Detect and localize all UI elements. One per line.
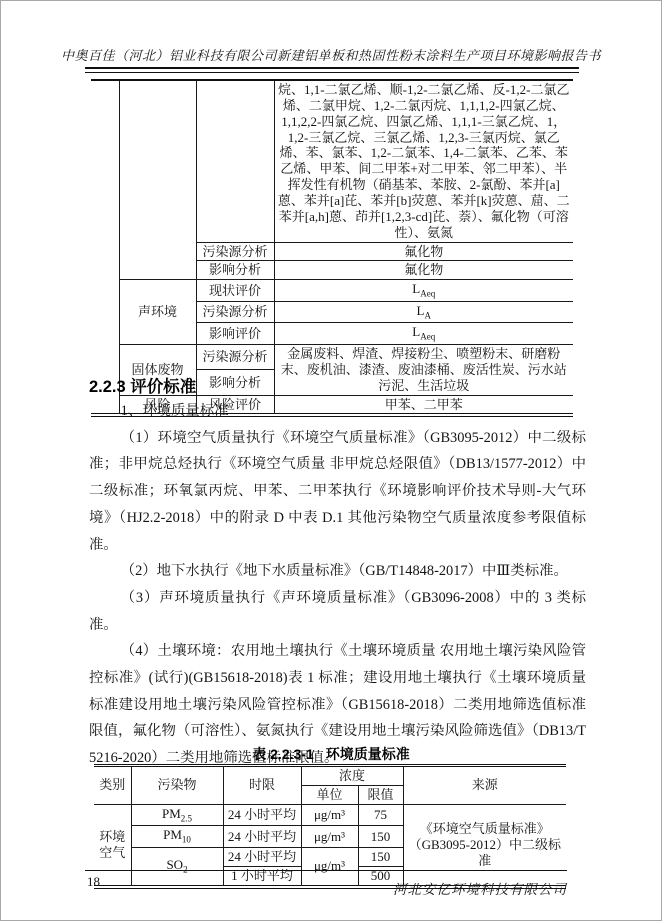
cell-source: 《环境空气质量标准》（GB3095-2012）中二级标准 (403, 804, 566, 884)
cell-pollutant: PM2.5 (131, 804, 223, 826)
cell-limit: 150 (358, 826, 403, 848)
quality-standards-table-grid: 类别 污染物 时限 浓度 来源 单位 限值 环境空气 PM2.5 24 小时平均… (94, 767, 566, 885)
cell-pollutant: PM10 (131, 826, 223, 848)
cell-solid-waste-list: 金属废料、焊渣、焊接粉尘、喷塑粉末、研磨粉末、废机油、漆渣、废油漆桶、废活性炭、… (274, 345, 573, 396)
cell-empty-sublabel (196, 81, 274, 242)
cell-period: 24 小时平均 (223, 826, 301, 848)
footer-divider (85, 870, 567, 871)
cell-limit: 75 (358, 804, 403, 826)
section-body: 1、环境质量标准 （1）环境空气质量执行《环境空气质量标准》（GB3095-20… (89, 398, 586, 799)
evaluation-factors-table-grid: 烷、1,1-二氯乙烯、顺-1,2-二氯乙烯、反-1,2-二氯乙烯、二氯甲烷、1,… (91, 81, 573, 413)
header-limit: 限值 (358, 785, 403, 804)
cell-unit: μg/m³ (301, 826, 358, 848)
header-category: 类别 (94, 767, 131, 804)
cell-label: 影响分析 (196, 370, 274, 395)
table-header-row: 类别 污染物 时限 浓度 来源 (94, 767, 566, 785)
body-paragraph: （1）环境空气质量执行《环境空气质量标准》（GB3095-2012）中二级标准；… (89, 425, 586, 559)
cell-value: LAeq (274, 323, 573, 345)
table-row: 固体废物 污染源分析 金属废料、焊渣、焊接粉尘、喷塑粉末、研磨粉末、废机油、漆渣… (91, 345, 573, 370)
document-page: 中奥百佳（河北）铝业科技有限公司新建铝单板和热固性粉末涂料生产项目环境影响报告书… (0, 0, 662, 921)
cell-label: 影响分析 (196, 261, 274, 280)
cell-value: 氟化物 (274, 242, 573, 261)
table-caption-title: 环境质量标准 (326, 746, 410, 762)
header-concentration: 浓度 (301, 767, 403, 785)
source-line2: （GB3095-2012）中二级标准 (406, 837, 565, 869)
cell-empty-left-column (91, 81, 119, 413)
table-caption-number: 表 2.2.3-1 (252, 746, 313, 762)
pollutant-sub: 10 (182, 835, 191, 845)
cell-category-noise: 声环境 (119, 280, 196, 345)
body-paragraph: 1、环境质量标准 (89, 398, 586, 425)
table-row: 烷、1,1-二氯乙烯、顺-1,2-二氯乙烯、反-1,2-二氯乙烯、二氯甲烷、1,… (91, 81, 573, 242)
cell-category-air: 环境空气 (94, 804, 131, 884)
table-row: 声环境 现状评价 LAeq (91, 280, 573, 302)
body-paragraph: （3）声环境质量执行《声环境质量标准》（GB3096-2008）中的 3 类标准… (89, 585, 586, 638)
noise-metric-sub: A (424, 310, 431, 320)
cell-value: LA (274, 301, 573, 323)
header-divider (85, 67, 579, 73)
header-period: 时限 (223, 767, 301, 804)
cell-factors-list: 烷、1,1-二氯乙烯、顺-1,2-二氯乙烯、反-1,2-二氯乙烯、二氯甲烷、1,… (274, 81, 573, 242)
footer-company: 河北安亿环境科技有限公司 (85, 878, 567, 898)
pollutant-name: PM (162, 806, 181, 821)
noise-metric-sub: Aeq (420, 289, 435, 299)
cell-value: LAeq (274, 280, 573, 302)
pollutant-name: PM (163, 827, 182, 842)
table-row: 环境空气 PM2.5 24 小时平均 μg/m³ 75 《环境空气质量标准》（G… (94, 804, 566, 826)
source-line1: 《环境空气质量标准》 (406, 821, 565, 837)
cell-period: 24 小时平均 (223, 847, 301, 866)
cell-empty-category (119, 81, 196, 280)
table-caption: 表 2.2.3-1环境质量标准 (1, 744, 661, 764)
category-air-line2: 空气 (96, 845, 129, 861)
cell-label: 污染源分析 (196, 345, 274, 370)
section-heading: 2.2.3 评价标准 (89, 373, 196, 397)
cell-period: 24 小时平均 (223, 804, 301, 826)
cell-label: 污染源分析 (196, 301, 274, 323)
header-unit: 单位 (301, 785, 358, 804)
noise-metric-sub: Aeq (420, 332, 435, 342)
page-header-title: 中奥百佳（河北）铝业科技有限公司新建铝单板和热固性粉末涂料生产项目环境影响报告书 (61, 45, 601, 64)
header-source: 来源 (403, 767, 566, 804)
cell-label: 影响评价 (196, 323, 274, 345)
cell-value: 氟化物 (274, 261, 573, 280)
pollutant-sub: 2.5 (181, 813, 192, 823)
cell-unit: μg/m³ (301, 804, 358, 826)
evaluation-factors-table: 烷、1,1-二氯乙烯、顺-1,2-二氯乙烯、反-1,2-二氯乙烯、二氯甲烷、1,… (91, 79, 573, 417)
cell-label: 污染源分析 (196, 242, 274, 261)
cell-label: 现状评价 (196, 280, 274, 302)
header-pollutant: 污染物 (131, 767, 223, 804)
category-air-line1: 环境 (96, 829, 129, 845)
body-paragraph: （2）地下水执行《地下水质量标准》（GB/T14848-2017）中Ⅲ类标准。 (89, 558, 586, 585)
cell-limit: 150 (358, 847, 403, 866)
